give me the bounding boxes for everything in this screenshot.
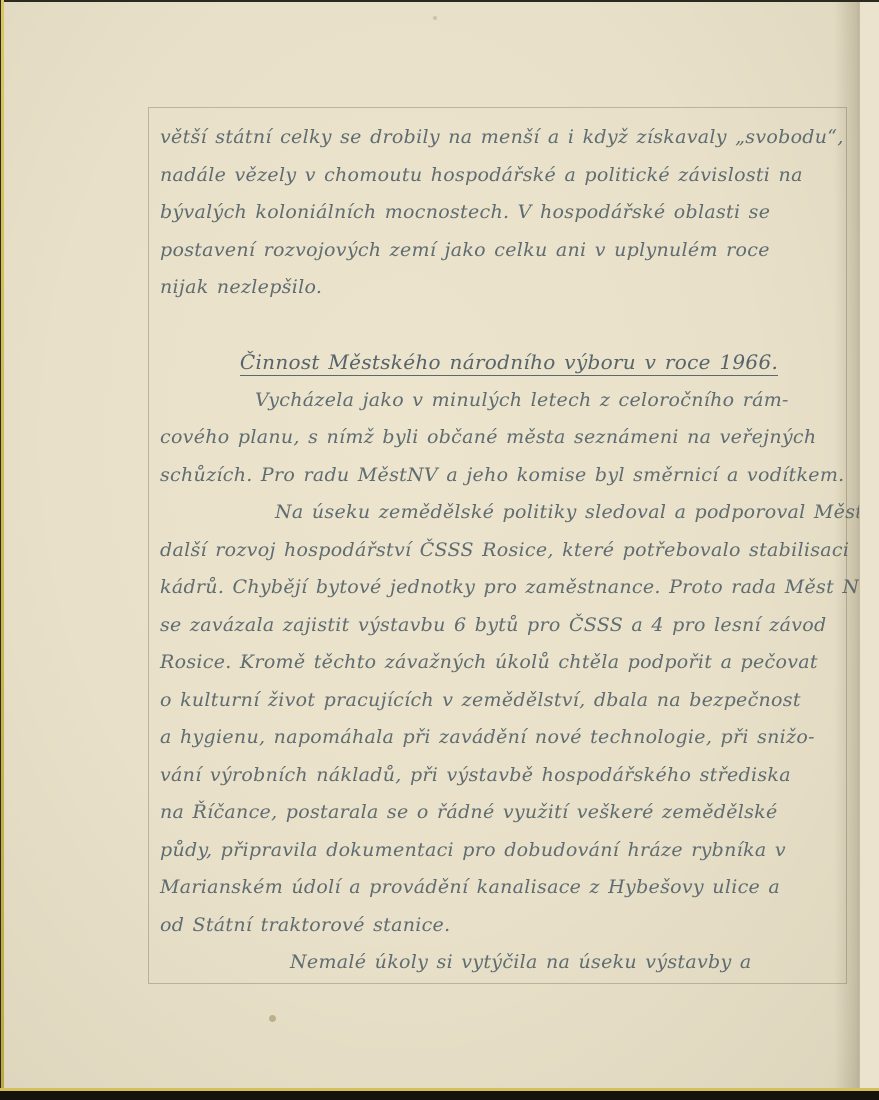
handwritten-text-block: větší státní celky se drobily na menší a… [160, 119, 858, 982]
text-line: Vycházela jako v minulých letech z celor… [160, 382, 858, 420]
text-line: větší státní celky se drobily na menší a… [160, 119, 858, 157]
text-line: nijak nezlepšilo. [160, 269, 858, 307]
text-line: nadále vězely v chomoutu hospodářské a p… [160, 157, 858, 195]
chronicle-heading: Činnost Městského národního výboru v roc… [160, 344, 858, 382]
text-line: Nemalé úkoly si vytýčila na úseku výstav… [160, 944, 858, 982]
page-edge-shadow [834, 0, 860, 1088]
chronicle-heading-text: Činnost Městského národního výboru v roc… [240, 350, 778, 376]
text-line: o kulturní život pracujících v zemědělst… [160, 682, 858, 720]
text-line: půdy, připravila dokumentaci pro dobudov… [160, 832, 858, 870]
paper-speck [269, 1015, 276, 1022]
text-line: od Státní traktorové stanice. [160, 907, 858, 945]
top-edge-shadow [0, 0, 879, 2]
text-line: cového planu, s nímž byli občané města s… [160, 419, 858, 457]
manuscript-page-scan: větší státní celky se drobily na menší a… [0, 0, 879, 1100]
bottom-edge-shadow [0, 1091, 879, 1100]
text-line: a hygienu, napomáhala při zavádění nové … [160, 719, 858, 757]
text-line: Na úseku zemědělské politiky sledoval a … [160, 494, 858, 532]
text-line: se zavázala zajistit výstavbu 6 bytů pro… [160, 607, 858, 645]
text-line: kádrů. Chybějí bytové jednotky pro zaměs… [160, 569, 858, 607]
text-line: postavení rozvojových zemí jako celku an… [160, 232, 858, 270]
text-line: bývalých koloniálních mocnostech. V hosp… [160, 194, 858, 232]
paper-speck [433, 16, 437, 20]
adjacent-page-edge [859, 0, 879, 1088]
text-line: schůzích. Pro radu MěstNV a jeho komise … [160, 457, 858, 495]
text-line: další rozvoj hospodářství ČSSS Rosice, k… [160, 532, 858, 570]
text-line: na Říčance, postarala se o řádné využití… [160, 794, 858, 832]
text-line: Marianském údolí a provádění kanalisace … [160, 869, 858, 907]
text-line: Rosice. Kromě těchto závažných úkolů cht… [160, 644, 858, 682]
text-line: vání výrobních nákladů, při výstavbě hos… [160, 757, 858, 795]
gilt-spine-edge [1, 0, 4, 1100]
